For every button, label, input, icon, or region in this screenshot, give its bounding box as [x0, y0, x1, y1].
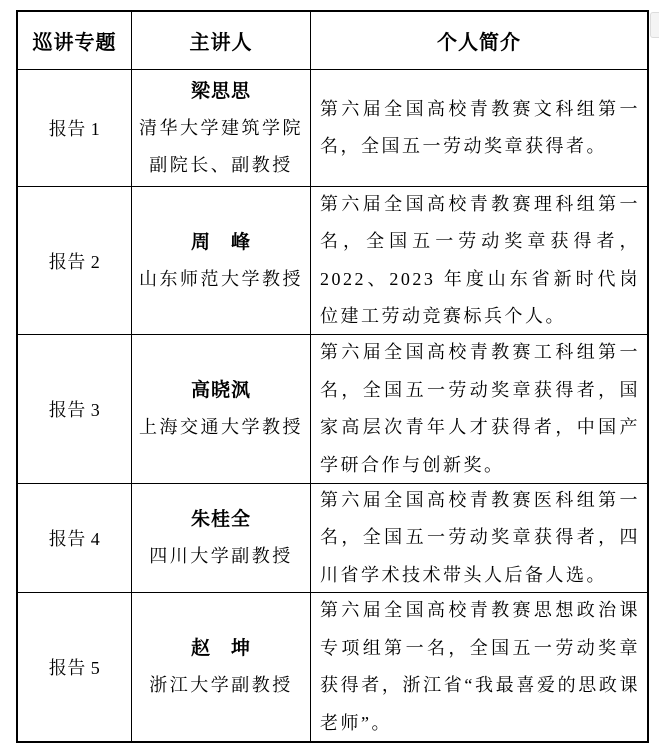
table-row-1-bio: 第六届全国高校青教赛文科组第一名，全国五一劳动奖章获得者。 [311, 70, 647, 187]
topic-label: 报告 2 [49, 248, 101, 274]
speaker-affiliation-line1: 浙江大学副教授 [149, 667, 293, 704]
table-row-5-bio: 第六届全国高校青教赛思想政治课专项组第一名，全国五一劳动奖章获得者，浙江省“我最… [311, 593, 647, 741]
table-row-1-topic: 报告 1 [18, 70, 132, 187]
topic-label: 报告 5 [49, 654, 101, 680]
lecture-speakers-table: 巡讲专题 主讲人 个人简介 报告 1 梁思思 清华大学建筑学院 副院长、副教授 … [16, 10, 649, 743]
header-speaker-label: 主讲人 [190, 26, 253, 55]
table-row-2-topic: 报告 2 [18, 187, 132, 335]
header-cell-topic: 巡讲专题 [18, 12, 132, 70]
document-page: 巡讲专题 主讲人 个人简介 报告 1 梁思思 清华大学建筑学院 副院长、副教授 … [0, 0, 659, 747]
speaker-bio-text: 第六届全国高校青教赛文科组第一名，全国五一劳动奖章获得者。 [320, 91, 640, 166]
table-row-5-topic: 报告 5 [18, 593, 132, 741]
speaker-name: 赵 坤 [191, 630, 251, 667]
header-bio-label: 个人简介 [437, 26, 521, 55]
right-edge-artifact [650, 12, 659, 38]
table-row-4-bio: 第六届全国高校青教赛医科组第一名，全国五一劳动奖章获得者，四川省学术技术带头人后… [311, 484, 647, 593]
header-cell-bio: 个人简介 [311, 12, 647, 70]
speaker-affiliation-line1: 山东师范大学教授 [139, 261, 303, 298]
table-row-5-speaker: 赵 坤 浙江大学副教授 [132, 593, 311, 741]
speaker-name: 高晓沨 [191, 372, 251, 409]
speaker-name: 周 峰 [191, 224, 251, 261]
topic-label: 报告 4 [49, 525, 101, 551]
speaker-name: 朱桂全 [191, 501, 251, 538]
speaker-bio-text: 第六届全国高校青教赛工科组第一名，全国五一劳动奖章获得者，国家高层次青年人才获得… [320, 335, 640, 484]
header-topic-label: 巡讲专题 [33, 26, 117, 55]
speaker-affiliation-line1: 四川大学副教授 [149, 538, 293, 575]
table-row-2-bio: 第六届全国高校青教赛理科组第一名，全国五一劳动奖章获得者，2022、2023 年… [311, 187, 647, 335]
topic-label: 报告 3 [49, 396, 101, 422]
table-row-2-speaker: 周 峰 山东师范大学教授 [132, 187, 311, 335]
speaker-affiliation-line1: 上海交通大学教授 [139, 409, 303, 446]
table-row-3-speaker: 高晓沨 上海交通大学教授 [132, 335, 311, 484]
table-row-4-speaker: 朱桂全 四川大学副教授 [132, 484, 311, 593]
speaker-name: 梁思思 [191, 73, 251, 110]
topic-label: 报告 1 [49, 115, 101, 141]
table-row-3-bio: 第六届全国高校青教赛工科组第一名，全国五一劳动奖章获得者，国家高层次青年人才获得… [311, 335, 647, 484]
table-row-1-speaker: 梁思思 清华大学建筑学院 副院长、副教授 [132, 70, 311, 187]
table-row-3-topic: 报告 3 [18, 335, 132, 484]
speaker-affiliation-line1: 清华大学建筑学院 [139, 110, 303, 147]
speaker-bio-text: 第六届全国高校青教赛思想政治课专项组第一名，全国五一劳动奖章获得者，浙江省“我最… [320, 593, 640, 741]
header-cell-speaker: 主讲人 [132, 12, 311, 70]
table-row-4-topic: 报告 4 [18, 484, 132, 593]
speaker-bio-text: 第六届全国高校青教赛医科组第一名，全国五一劳动奖章获得者，四川省学术技术带头人后… [320, 484, 640, 593]
speaker-bio-text: 第六届全国高校青教赛理科组第一名，全国五一劳动奖章获得者，2022、2023 年… [320, 187, 640, 335]
speaker-affiliation-line2: 副院长、副教授 [149, 147, 293, 184]
